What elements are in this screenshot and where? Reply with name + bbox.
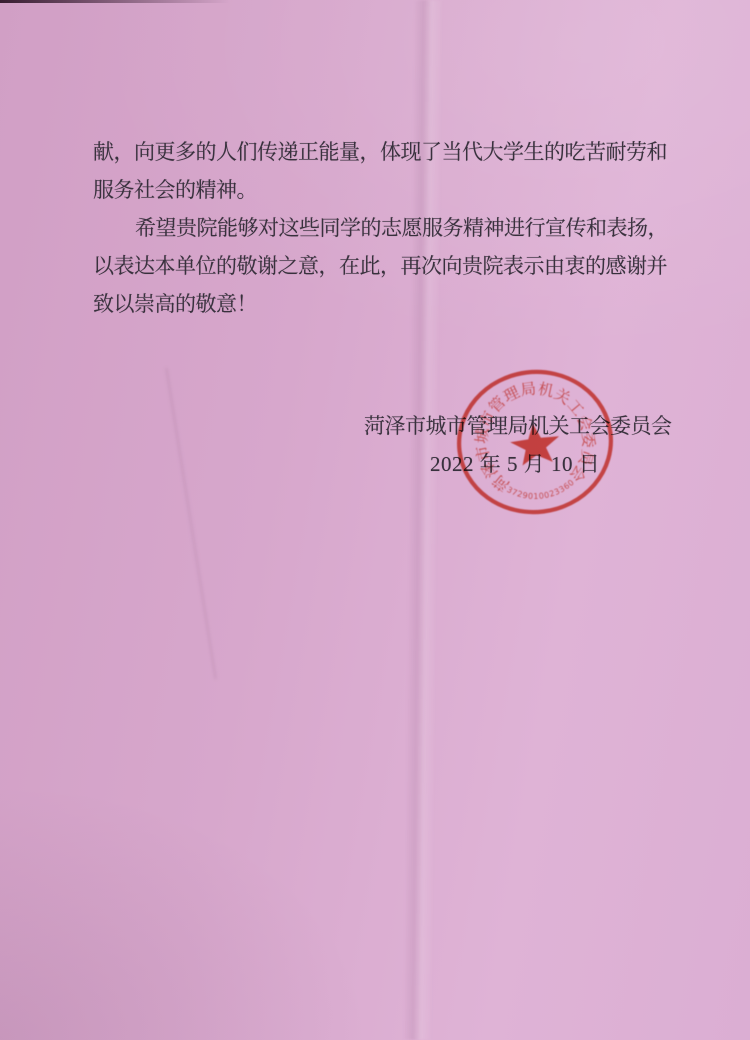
- letter-body: 献，向更多的人们传递正能量，体现了当代大学生的吃苦耐劳和 服务社会的精神。 希望…: [93, 133, 668, 323]
- official-seal: 菏泽市城市管理局机关工会委员会 3729010023360: [450, 355, 620, 529]
- body-line-2: 服务社会的精神。: [93, 171, 668, 209]
- body-line-1: 献，向更多的人们传递正能量，体现了当代大学生的吃苦耐劳和: [93, 133, 668, 171]
- body-line-4: 以表达本单位的敬谢之意，在此，再次向贵院表示由衷的感谢并: [93, 247, 668, 285]
- star-icon: [508, 421, 562, 467]
- seal-serial-number: 3729010023360: [504, 477, 577, 505]
- letter-page: 献，向更多的人们传递正能量，体现了当代大学生的吃苦耐劳和 服务社会的精神。 希望…: [0, 0, 750, 1040]
- paper-crease-diagonal: [165, 368, 216, 679]
- body-line-3: 希望贵院能够对这些同学的志愿服务精神进行宣传和表扬，: [93, 209, 668, 247]
- photo-top-edge-shadow: [0, 0, 230, 3]
- svg-text:3729010023360: 3729010023360: [504, 477, 577, 505]
- body-line-5: 致以崇高的敬意！: [93, 285, 668, 323]
